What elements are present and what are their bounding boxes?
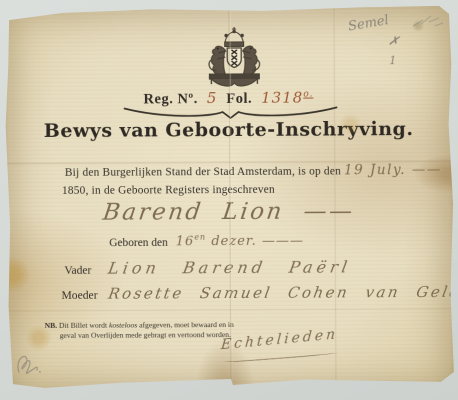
pencil-initials-icon [9,342,53,382]
father-name-handwritten: Lion Barend Paërl [107,257,353,277]
amsterdam-coat-of-arms-icon [196,26,272,92]
horizontal-fold-crease-2 [5,308,455,312]
fol-number-superscript: o. [303,90,313,100]
born-line: Geboren den 16en dezer. ——— [109,233,304,250]
mother-label: Moeder [61,289,97,302]
body-line-1-printed: Bij den Burgerlijken Stand der Stad Amst… [65,165,341,178]
body-line-1: Bij den Burgerlijken Stand der Stad Amst… [65,162,442,180]
scan-background: { "document_type": "historical birth reg… [0,0,458,400]
footnote-italic-word: kosteloos [109,320,137,329]
pencil-x-mark: ✗ [387,33,400,49]
born-superscript: en [194,233,206,242]
born-label: Geboren den [109,237,168,249]
born-day: 16 [176,235,195,250]
father-label: Vader [64,264,91,277]
certificate-paper: Semel ✗ 1 [3,4,455,396]
born-date-handwritten: 16en dezer. ——— [171,234,304,250]
born-rest: dezer. ——— [206,234,304,250]
footnote-text-1: Dit Billet wordt [57,321,109,330]
pencil-annotation-number: 1 [389,54,396,67]
child-name-line: Barend Lion —— [4,198,454,226]
decorative-underbrace [122,104,340,119]
pencil-corner-smudge-icon [409,10,449,36]
footnote-nb-label: NB. [45,321,58,330]
mother-name-handwritten: Rosette Samuel Cohen van Gelder [107,283,458,303]
father-line: Vader Lion Barend Paërl [64,257,351,278]
pencil-annotation-word: Semel [347,14,389,33]
body-line-2: 1850, in de Geboorte Registers ingeschre… [62,184,275,197]
child-name-handwritten: Barend Lion —— [101,198,356,225]
date-handwritten: 19 July. —— [344,162,442,179]
signature-flourish [224,351,338,363]
document-title: Bewys van Geboorte-Inschryving. [4,118,454,142]
mother-line: Moeder Rosette Samuel Cohen van Gelder [61,283,458,303]
